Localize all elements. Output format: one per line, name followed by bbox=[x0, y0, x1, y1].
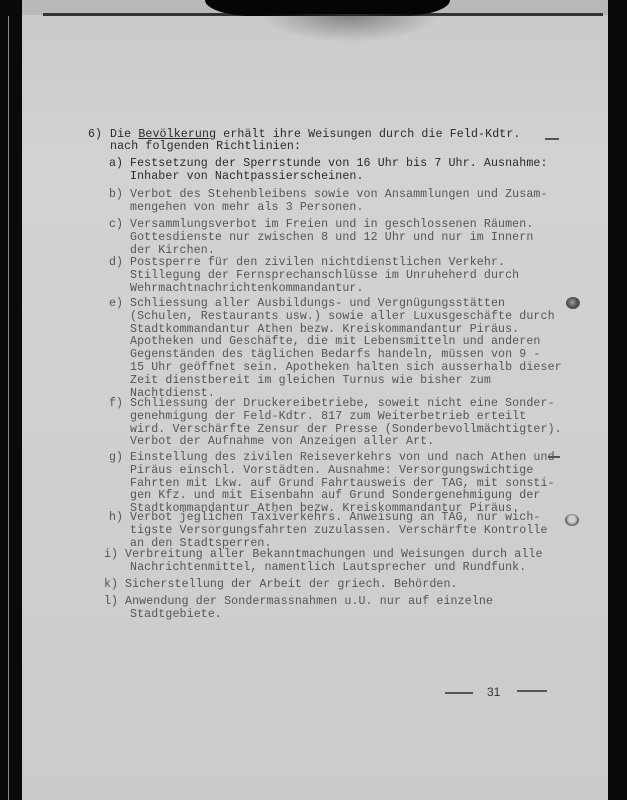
item-label: d) bbox=[109, 256, 123, 269]
item-text-line: Gegenständen des täglichen Bedarfs hande… bbox=[130, 348, 541, 361]
item-text-line: mengehen von mehr als 3 Personen. bbox=[130, 201, 364, 214]
section-number: 6) bbox=[88, 128, 102, 141]
item-text-line: Verbreitung aller Bekanntmachungen und W… bbox=[125, 548, 543, 561]
margin-mark bbox=[548, 456, 560, 458]
item-text-line: Anwendung der Sondermassnahmen u.U. nur … bbox=[125, 595, 493, 608]
item-text-line: wird. Verschärfte Zensur der Presse (Son… bbox=[130, 423, 562, 436]
item-text-line: Stadtkommandantur Athen bezw. Kreiskomma… bbox=[130, 323, 519, 336]
item-text-line: 15 Uhr geöffnet sein. Apotheken halten s… bbox=[130, 361, 562, 374]
item-text-line: Schliessung der Druckereibetriebe, sowei… bbox=[130, 397, 555, 410]
margin-mark bbox=[545, 138, 559, 140]
section-heading-line2: nach folgenden Richtlinien: bbox=[110, 140, 301, 153]
item-label: f) bbox=[109, 397, 123, 410]
item-label: l) bbox=[104, 595, 118, 608]
item-text-line: Stillegung der Fernsprechanschlüsse im U… bbox=[130, 269, 519, 282]
item-label: k) bbox=[104, 578, 118, 591]
item-text-line: Schliessung aller Ausbildungs- und Vergn… bbox=[130, 297, 505, 310]
page-number: 31 bbox=[487, 686, 500, 699]
item-label: i) bbox=[104, 548, 118, 561]
item-text-line: Verbot der Aufnahme von Anzeigen aller A… bbox=[130, 435, 434, 448]
item-text-line: der Kirchen. bbox=[130, 244, 215, 257]
item-text-line: Nachrichtenmittel, namentlich Lautsprech… bbox=[130, 561, 526, 574]
pencil-mark bbox=[445, 692, 473, 694]
item-text-line: (Schulen, Restaurants usw.) sowie aller … bbox=[130, 310, 555, 323]
pencil-mark bbox=[517, 690, 547, 692]
item-text-line: Verbot jeglichen Taxiverkehrs. Anweisung… bbox=[130, 511, 541, 524]
item-label: a) bbox=[109, 157, 123, 170]
item-label: e) bbox=[109, 297, 123, 310]
item-label: h) bbox=[109, 511, 123, 524]
item-label: c) bbox=[109, 218, 123, 231]
item-text-line: Versammlungsverbot im Freien und in gesc… bbox=[130, 218, 533, 231]
typewritten-document: 6) Die Bevölkerung erhält ihre Weisungen… bbox=[0, 0, 627, 800]
item-text-line: Sicherstellung der Arbeit der griech. Be… bbox=[125, 578, 458, 591]
item-text-line: gen Kfz. und mit Eisenbahn auf Grund Son… bbox=[130, 489, 541, 502]
item-text-line: tigste Versorgungsfahrten zuzulassen. Ve… bbox=[130, 524, 548, 537]
item-text-line: Verbot des Stehenbleibens sowie von Ansa… bbox=[130, 188, 548, 201]
item-text-line: Einstellung des zivilen Reiseverkehrs vo… bbox=[130, 451, 555, 464]
item-text-line: Festsetzung der Sperrstunde von 16 Uhr b… bbox=[130, 157, 548, 170]
item-text-line: Postsperre für den zivilen nichtdienstli… bbox=[130, 256, 505, 269]
item-text-line: Gottesdienste nur zwischen 8 und 12 Uhr … bbox=[130, 231, 533, 244]
item-text-line: genehmigung der Feld-Kdtr. 817 zum Weite… bbox=[130, 410, 526, 423]
item-text-line: Piräus einschl. Vorstädten. Ausnahme: Ve… bbox=[130, 464, 533, 477]
item-text-line: Zeit dienstbereit im gleichen Turnus wie… bbox=[130, 374, 491, 387]
item-text-line: Inhaber von Nachtpassierscheinen. bbox=[130, 170, 364, 183]
item-label: g) bbox=[109, 451, 123, 464]
item-label: b) bbox=[109, 188, 123, 201]
item-text-line: Apotheken und Geschäfte, die mit Lebensm… bbox=[130, 335, 541, 348]
item-text-line: Stadtgebiete. bbox=[130, 608, 222, 621]
item-text-line: Wehrmachtnachrichtenkommandantur. bbox=[130, 282, 364, 295]
item-text-line: Fahrten mit Lkw. auf Grund Fahrtausweis … bbox=[130, 477, 555, 490]
